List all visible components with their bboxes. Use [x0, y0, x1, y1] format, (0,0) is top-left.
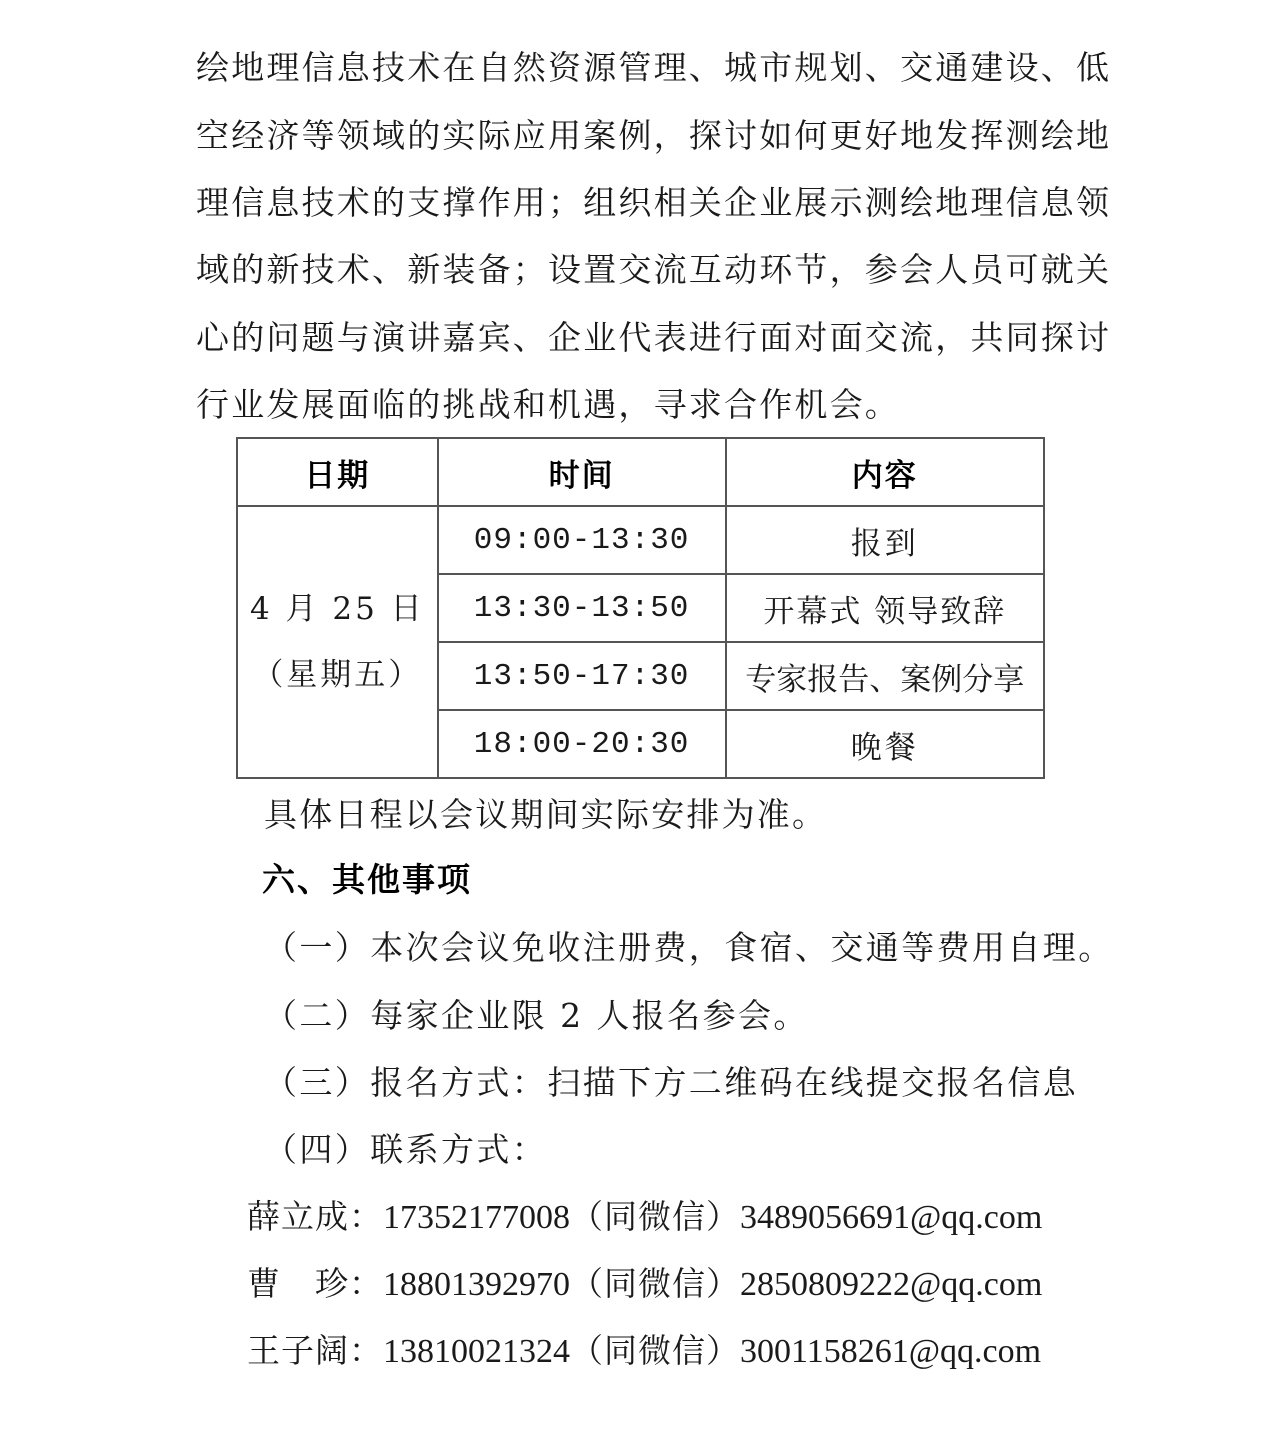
column-header-content: 内容: [726, 438, 1044, 506]
contact-phone[interactable]: 17352177008: [383, 1199, 570, 1236]
contact-name: 曹 珍：: [247, 1264, 383, 1303]
contact-phone[interactable]: 18801392970: [383, 1266, 570, 1303]
section-item: （四）联系方式：: [264, 1130, 547, 1170]
wechat-note: （同微信）: [570, 1264, 740, 1303]
paragraph-line: 域的新技术、新装备；设置交流互动环节，参会人员可就关: [196, 250, 1084, 290]
section-item: （一）本次会议免收注册费，食宿、交通等费用自理。: [264, 928, 1114, 968]
date-cell: 4 月 25 日 （星期五）: [237, 506, 438, 778]
contact-row: 薛立成：17352177008（同微信）3489056691@qq.com: [247, 1197, 1042, 1238]
paragraph-line: 空经济等领域的实际应用案例，探讨如何更好地发挥测绘地: [196, 116, 1084, 156]
time-cell: 13:50-17:30: [438, 642, 726, 710]
section-heading: 六、其他事项: [262, 860, 472, 900]
column-header-date: 日期: [237, 438, 438, 506]
weekday-label: （星期五）: [238, 642, 437, 708]
contact-row: 曹 珍：18801392970（同微信）2850809222@qq.com: [247, 1264, 1042, 1305]
section-item: （二）每家企业限 2 人报名参会。: [264, 996, 809, 1036]
paragraph-line: 理信息技术的支撑作用；组织相关企业展示测绘地理信息领: [196, 183, 1084, 223]
content-cell: 晚餐: [726, 710, 1044, 778]
table-header-row: 日期 时间 内容: [237, 438, 1044, 506]
section-item: （三）报名方式：扫描下方二维码在线提交报名信息: [264, 1063, 1078, 1103]
wechat-note: （同微信）: [570, 1331, 740, 1370]
contact-row: 王子阔：13810021324（同微信）3001158261@qq.com: [247, 1331, 1041, 1372]
content-cell: 报到: [726, 506, 1044, 574]
content-cell: 开幕式 领导致辞: [726, 574, 1044, 642]
contact-name: 王子阔：: [247, 1331, 383, 1370]
wechat-note: （同微信）: [570, 1197, 740, 1236]
time-cell: 13:30-13:50: [438, 574, 726, 642]
schedule-note: 具体日程以会议期间实际安排为准。: [264, 795, 827, 835]
schedule-table: 日期 时间 内容 4 月 25 日 （星期五） 09:00-13:30 报到 1…: [236, 437, 1045, 779]
paragraph-line: 心的问题与演讲嘉宾、企业代表进行面对面交流，共同探讨: [196, 318, 1084, 358]
contact-email[interactable]: 2850809222@qq.com: [740, 1266, 1042, 1303]
contact-phone[interactable]: 13810021324: [383, 1333, 570, 1370]
paragraph-line: 绘地理信息技术在自然资源管理、城市规划、交通建设、低: [196, 48, 1084, 88]
date-label: 4 月 25 日: [238, 576, 437, 642]
time-cell: 18:00-20:30: [438, 710, 726, 778]
contact-email[interactable]: 3489056691@qq.com: [740, 1199, 1042, 1236]
contact-email[interactable]: 3001158261@qq.com: [740, 1333, 1041, 1370]
content-cell: 专家报告、案例分享: [726, 642, 1044, 710]
contact-name: 薛立成：: [247, 1197, 383, 1236]
column-header-time: 时间: [438, 438, 726, 506]
paragraph-line: 行业发展面临的挑战和机遇，寻求合作机会。: [196, 385, 900, 425]
table-row: 4 月 25 日 （星期五） 09:00-13:30 报到: [237, 506, 1044, 574]
time-cell: 09:00-13:30: [438, 506, 726, 574]
